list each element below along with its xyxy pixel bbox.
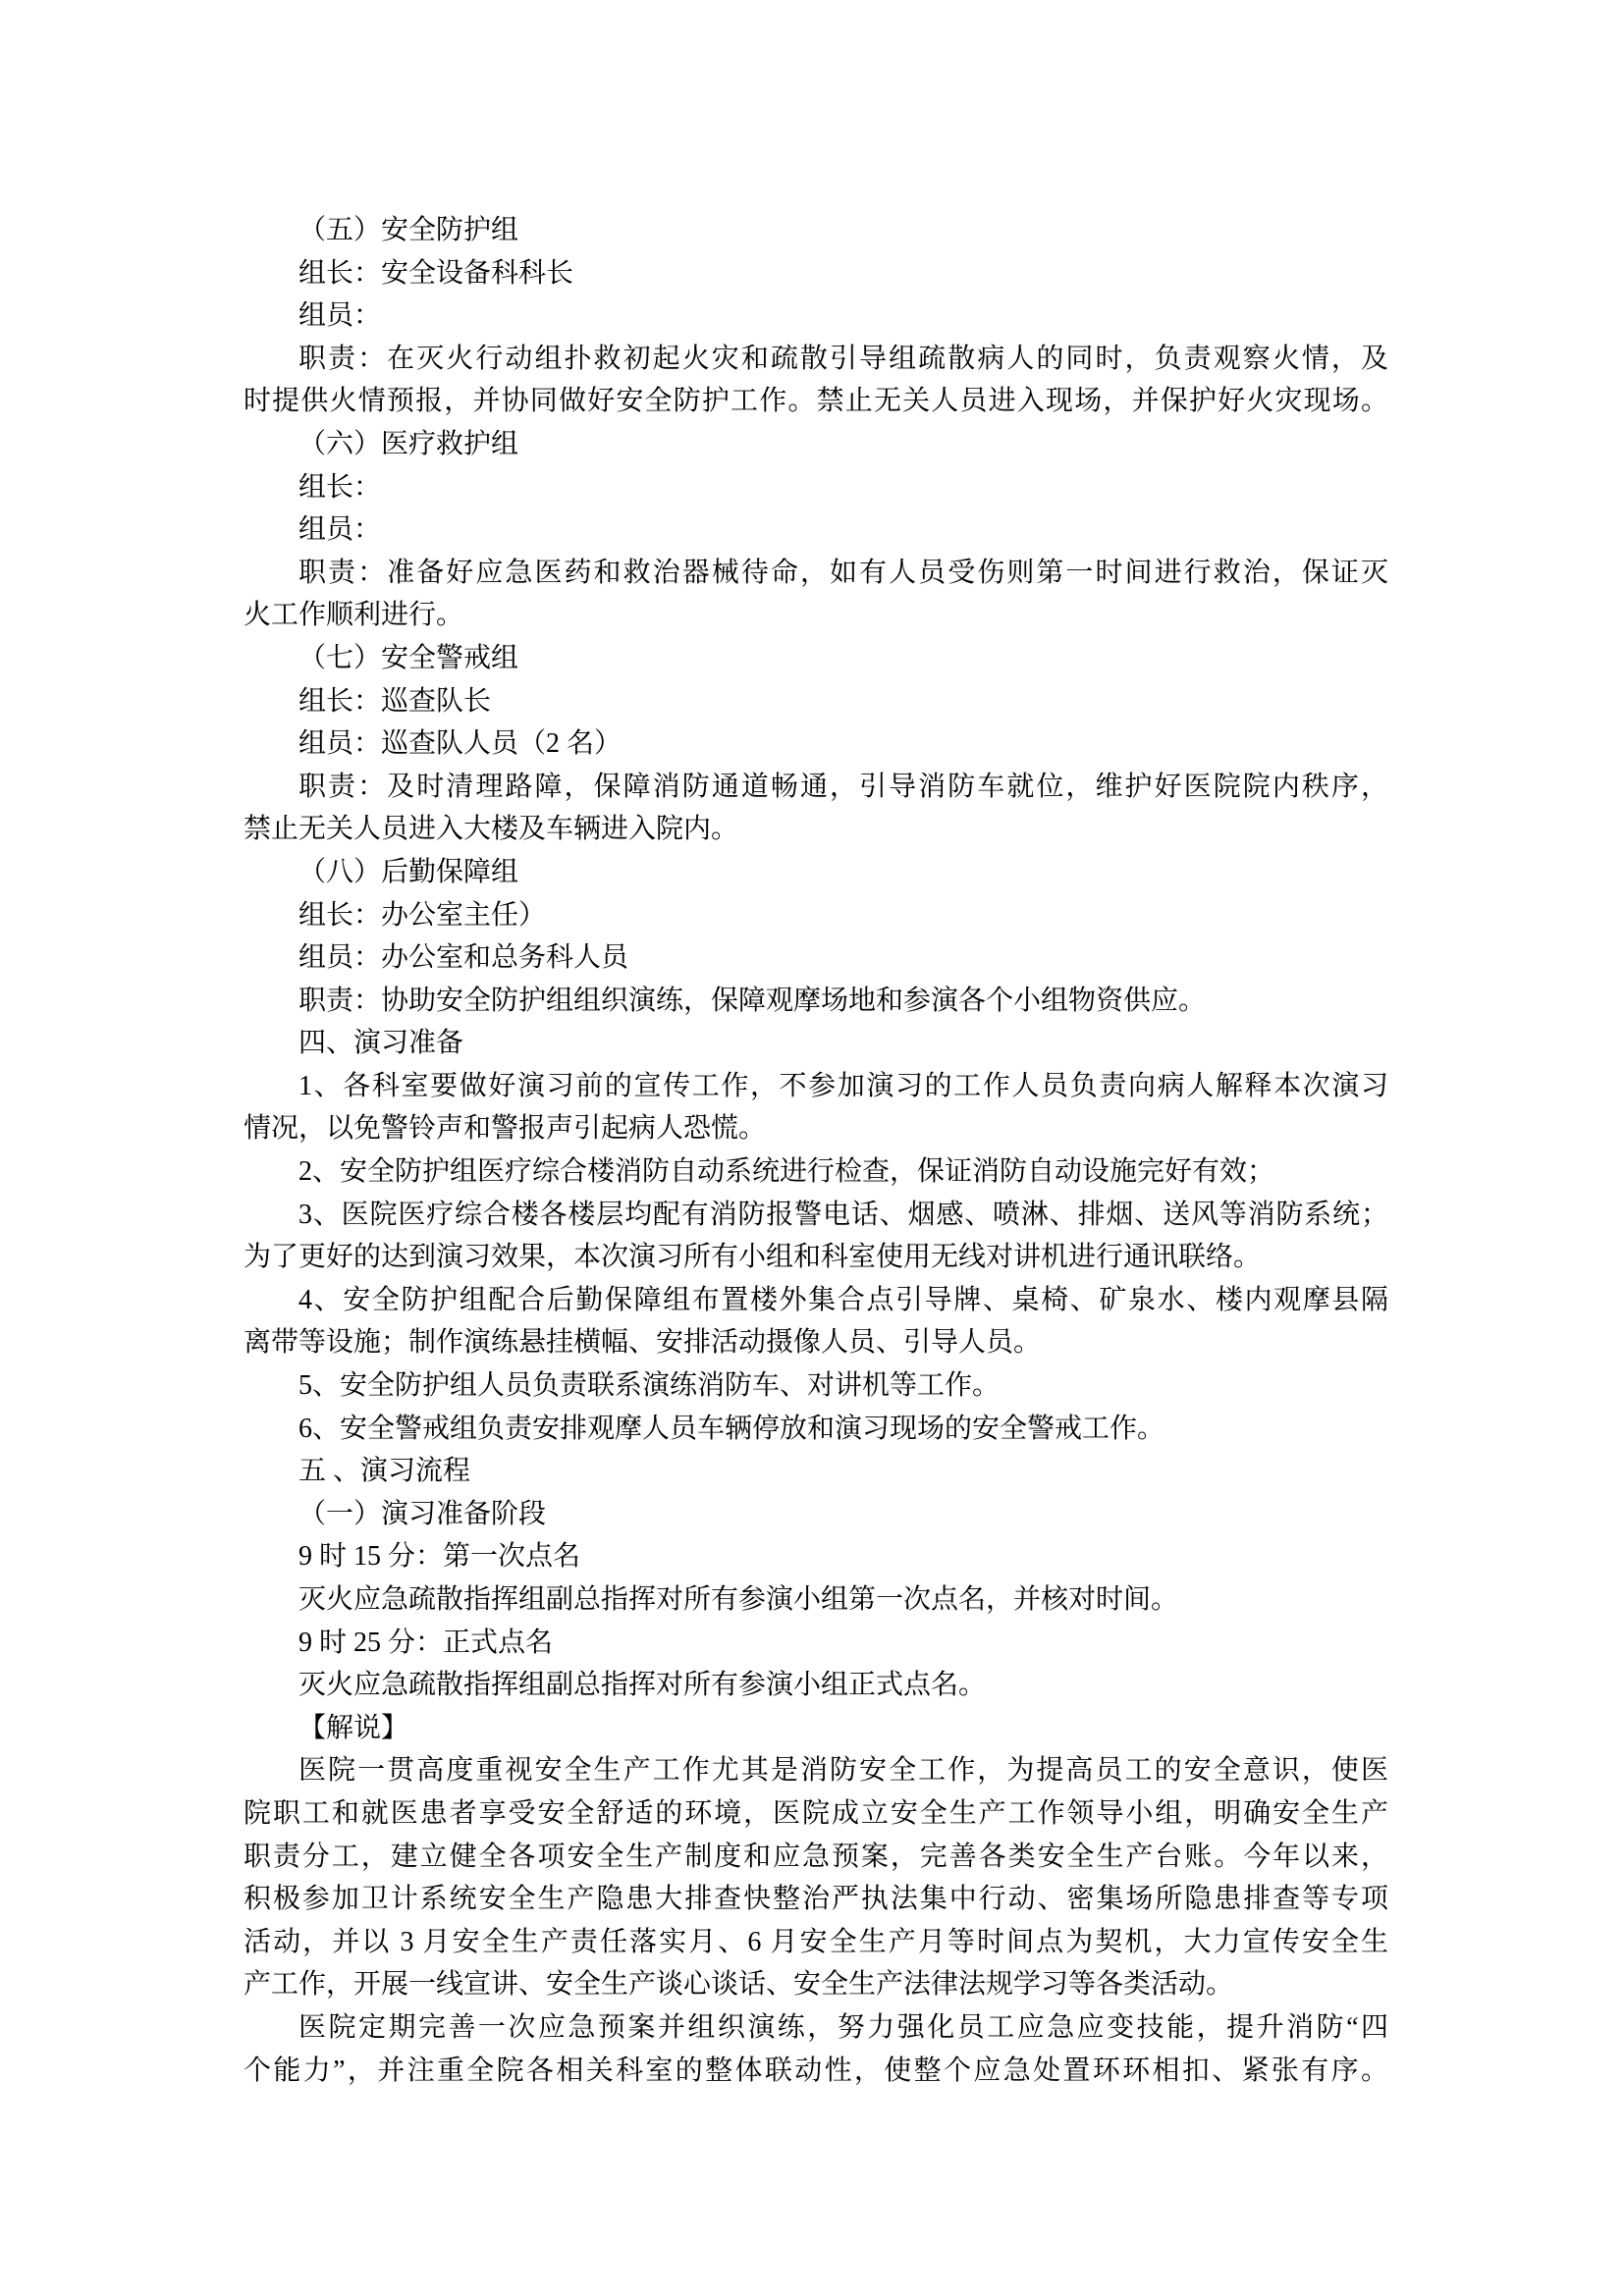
text-line: 组员：巡查队人员（2 名） xyxy=(244,722,1388,766)
document-page: （五）安全防护组组长：安全设备科科长组员：职责：在灭火行动组扑救初起火灾和疏散引… xyxy=(0,0,1624,2296)
text-line: 灭火应急疏散指挥组副总指挥对所有参演小组第一次点名，并核对时间。 xyxy=(244,1578,1388,1622)
text-line: 组员： xyxy=(244,294,1388,338)
text-line: 5、安全防护组人员负责联系演练消防车、对讲机等工作。 xyxy=(244,1364,1388,1408)
text-line: 五 、演习流程 xyxy=(244,1450,1388,1493)
text-block: （五）安全防护组组长：安全设备科科长组员：职责：在灭火行动组扑救初起火灾和疏散引… xyxy=(244,209,1388,2092)
text-line: 医院定期完善一次应急预案并组织演练，努力强化员工应急应变技能，提升消防“四 xyxy=(244,2006,1388,2050)
text-line: （八）后勤保障组 xyxy=(244,851,1388,894)
text-line: 组长：办公室主任） xyxy=(244,894,1388,937)
text-line: 灭火应急疏散指挥组副总指挥对所有参演小组正式点名。 xyxy=(244,1664,1388,1707)
text-line: 3、医院医疗综合楼各楼层均配有消防报警电话、烟感、喷淋、排烟、送风等消防系统； xyxy=(244,1194,1388,1237)
text-line: 个能力”，并注重全院各相关科室的整体联动性，使整个应急处置环环相扣、紧张有序。 xyxy=(244,2050,1388,2093)
text-line: （五）安全防护组 xyxy=(244,209,1388,252)
text-line: 时提供火情预报，并协同做好安全防护工作。禁止无关人员进入现场，并保护好火灾现场。 xyxy=(244,380,1388,423)
text-line: 【解说】 xyxy=(244,1707,1388,1750)
text-line: （一）演习准备阶段 xyxy=(244,1493,1388,1536)
text-line: 职责分工，建立健全各项安全生产制度和应急预案，完善各类安全生产台账。今年以来， xyxy=(244,1836,1388,1879)
text-line: 2、安全防护组医疗综合楼消防自动系统进行检查，保证消防自动设施完好有效； xyxy=(244,1150,1388,1194)
text-line: 禁止无关人员进入大楼及车辆进入院内。 xyxy=(244,808,1388,851)
text-line: 情况，以免警铃声和警报声引起病人恐慌。 xyxy=(244,1107,1388,1150)
text-line: 组员：办公室和总务科人员 xyxy=(244,936,1388,980)
text-line: 6、安全警戒组负责安排观摩人员车辆停放和演习现场的安全警戒工作。 xyxy=(244,1408,1388,1451)
text-line: 产工作，开展一线宣讲、安全生产谈心谈话、安全生产法律法规学习等各类活动。 xyxy=(244,1963,1388,2006)
text-line: 4、安全防护组配合后勤保障组布置楼外集合点引导牌、桌椅、矿泉水、楼内观摩县隔 xyxy=(244,1279,1388,1322)
text-line: 组员： xyxy=(244,508,1388,552)
text-line: 9 时 25 分：正式点名 xyxy=(244,1622,1388,1665)
text-line: 职责：在灭火行动组扑救初起火灾和疏散引导组疏散病人的同时，负责观察火情，及 xyxy=(244,338,1388,381)
text-line: 9 时 15 分：第一次点名 xyxy=(244,1535,1388,1578)
text-line: 职责：协助安全防护组组织演练，保障观摩场地和参演各个小组物资供应。 xyxy=(244,980,1388,1023)
text-line: 组长：巡查队长 xyxy=(244,680,1388,723)
text-line: 离带等设施；制作演练悬挂横幅、安排活动摄像人员、引导人员。 xyxy=(244,1321,1388,1364)
text-line: 1、各科室要做好演习前的宣传工作，不参加演习的工作人员负责向病人解释本次演习 xyxy=(244,1065,1388,1108)
text-line: 职责：及时清理路障，保障消防通道畅通，引导消防车就位，维护好医院院内秩序， xyxy=(244,766,1388,809)
text-line: 医院一贯高度重视安全生产工作尤其是消防安全工作，为提高员工的安全意识，使医 xyxy=(244,1749,1388,1792)
text-line: 积极参加卫计系统安全生产隐患大排查快整治严执法集中行动、密集场所隐患排查等专项 xyxy=(244,1878,1388,1921)
text-line: 职责：准备好应急医药和救治器械待命，如有人员受伤则第一时间进行救治，保证灭 xyxy=(244,552,1388,595)
text-line: 为了更好的达到演习效果，本次演习所有小组和科室使用无线对讲机进行通讯联络。 xyxy=(244,1236,1388,1279)
text-line: 活动，并以 3 月安全生产责任落实月、6 月安全生产月等时间点为契机，大力宣传安… xyxy=(244,1921,1388,1964)
text-line: （六）医疗救护组 xyxy=(244,423,1388,466)
text-line: （七）安全警戒组 xyxy=(244,637,1388,680)
text-line: 四、演习准备 xyxy=(244,1022,1388,1065)
text-line: 组长： xyxy=(244,466,1388,509)
text-line: 院职工和就医患者享受安全舒适的环境，医院成立安全生产工作领导小组，明确安全生产 xyxy=(244,1792,1388,1836)
text-line: 组长：安全设备科科长 xyxy=(244,252,1388,295)
text-line: 火工作顺利进行。 xyxy=(244,594,1388,637)
